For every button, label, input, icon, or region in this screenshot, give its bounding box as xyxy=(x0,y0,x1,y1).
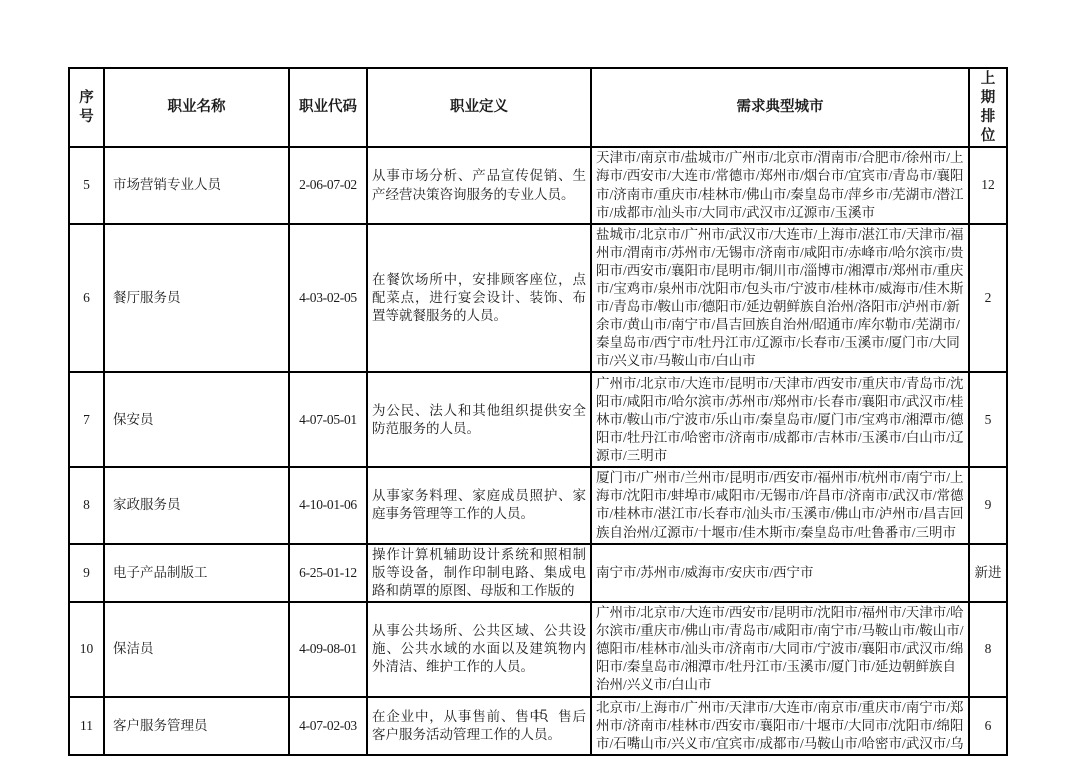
cell-row-number: 5 xyxy=(69,147,104,223)
cell-rank: 新进 xyxy=(969,544,1007,602)
col-header-occupation-code: 职业代码 xyxy=(289,68,367,147)
cell-occupation-name: 市场营销专业人员 xyxy=(104,147,289,223)
cell-occupation-code: 4-09-08-01 xyxy=(289,602,367,697)
cell-occupation-name: 家政服务员 xyxy=(104,467,289,543)
cell-occupation-name: 电子产品制版工 xyxy=(104,544,289,602)
col-header-no: 序号 xyxy=(69,68,104,147)
table-row: 8 家政服务员 4-10-01-06 从事家务料理、家庭成员照护、家庭事务管理等… xyxy=(69,467,1007,543)
cell-row-number: 11 xyxy=(69,697,104,755)
cell-definition: 为公民、法人和其他组织提供安全防范服务的人员。 xyxy=(367,372,591,467)
cell-rank: 2 xyxy=(969,224,1007,373)
cell-row-number: 6 xyxy=(69,224,104,373)
cell-occupation-name: 餐厅服务员 xyxy=(104,224,289,373)
cell-cities: 北京市/上海市/广州市/天津市/大连市/南京市/重庆市/南宁市/郑州市/济南市/… xyxy=(591,697,969,755)
cell-cities: 厦门市/广州市/兰州市/昆明市/西安市/福州市/杭州市/南宁市/上海市/沈阳市/… xyxy=(591,467,969,543)
cell-row-number: 9 xyxy=(69,544,104,602)
cell-definition: 从事公共场所、公共区域、公共设施、公共水域的水面以及建筑物内外清洁、维护工作的人… xyxy=(367,602,591,697)
cell-definition: 在餐饮场所中，安排顾客座位，点配菜点，进行宴会设计、装饰、布置等就餐服务的人员。 xyxy=(367,224,591,373)
table-row: 10 保洁员 4-09-08-01 从事公共场所、公共区域、公共设施、公共水域的… xyxy=(69,602,1007,697)
occupations-table: 序号 职业名称 职业代码 职业定义 需求典型城市 上期排位 5 市场营销专业人员… xyxy=(68,67,1008,756)
cell-cities: 天津市/南京市/盐城市/广州市/北京市/渭南市/合肥市/徐州市/上海市/西安市/… xyxy=(591,147,969,223)
cell-cities: 广州市/北京市/大连市/昆明市/天津市/西安市/重庆市/青岛市/沈阳市/咸阳市/… xyxy=(591,372,969,467)
cell-occupation-code: 4-03-02-05 xyxy=(289,224,367,373)
cell-definition: 操作计算机辅助设计系统和照相制版等设备，制作印制电路、集成电路和荫罩的原图、母版… xyxy=(367,544,591,602)
table-row: 6 餐厅服务员 4-03-02-05 在餐饮场所中，安排顾客座位，点配菜点，进行… xyxy=(69,224,1007,373)
cell-occupation-name: 客户服务管理员 xyxy=(104,697,289,755)
col-header-cities: 需求典型城市 xyxy=(591,68,969,147)
cell-occupation-code: 6-25-01-12 xyxy=(289,544,367,602)
cell-cities: 广州市/北京市/大连市/西安市/昆明市/沈阳市/福州市/天津市/哈尔滨市/重庆市… xyxy=(591,602,969,697)
cell-cities: 南宁市/苏州市/威海市/安庆市/西宁市 xyxy=(591,544,969,602)
cell-row-number: 10 xyxy=(69,602,104,697)
cell-definition: 从事家务料理、家庭成员照护、家庭事务管理等工作的人员。 xyxy=(367,467,591,543)
cell-row-number: 8 xyxy=(69,467,104,543)
document-page: 序号 职业名称 职业代码 职业定义 需求典型城市 上期排位 5 市场营销专业人员… xyxy=(0,0,1080,763)
cell-occupation-name: 保洁员 xyxy=(104,602,289,697)
table-body: 5 市场营销专业人员 2-06-07-02 从事市场分析、产品宣传促销、生产经营… xyxy=(69,147,1007,755)
cell-rank: 12 xyxy=(969,147,1007,223)
table-row: 5 市场营销专业人员 2-06-07-02 从事市场分析、产品宣传促销、生产经营… xyxy=(69,147,1007,223)
cell-cities: 盐城市/北京市/广州市/武汉市/大连市/上海市/湛江市/天津市/福州市/渭南市/… xyxy=(591,224,969,373)
col-header-occupation-name: 职业名称 xyxy=(104,68,289,147)
cell-row-number: 7 xyxy=(69,372,104,467)
table-header-row: 序号 职业名称 职业代码 职业定义 需求典型城市 上期排位 xyxy=(69,68,1007,147)
cell-occupation-code: 4-07-05-01 xyxy=(289,372,367,467)
col-header-rank: 上期排位 xyxy=(969,68,1007,147)
cell-definition: 从事市场分析、产品宣传促销、生产经营决策咨询服务的专业人员。 xyxy=(367,147,591,223)
table-row: 11 客户服务管理员 4-07-02-03 在企业中，从事售前、售中、售后客户服… xyxy=(69,697,1007,755)
col-header-definition: 职业定义 xyxy=(367,68,591,147)
table-row: 7 保安员 4-07-05-01 为公民、法人和其他组织提供安全防范服务的人员。… xyxy=(69,372,1007,467)
cell-rank: 9 xyxy=(969,467,1007,543)
table-row: 9 电子产品制版工 6-25-01-12 操作计算机辅助设计系统和照相制版等设备… xyxy=(69,544,1007,602)
cell-occupation-name: 保安员 xyxy=(104,372,289,467)
cell-occupation-code: 4-07-02-03 xyxy=(289,697,367,755)
cell-occupation-code: 4-10-01-06 xyxy=(289,467,367,543)
cell-rank: 8 xyxy=(969,602,1007,697)
cell-rank: 6 xyxy=(969,697,1007,755)
page-number: 15 xyxy=(0,707,1080,724)
cell-definition: 在企业中，从事售前、售中、售后客户服务活动管理工作的人员。 xyxy=(367,697,591,755)
cell-rank: 5 xyxy=(969,372,1007,467)
cell-occupation-code: 2-06-07-02 xyxy=(289,147,367,223)
